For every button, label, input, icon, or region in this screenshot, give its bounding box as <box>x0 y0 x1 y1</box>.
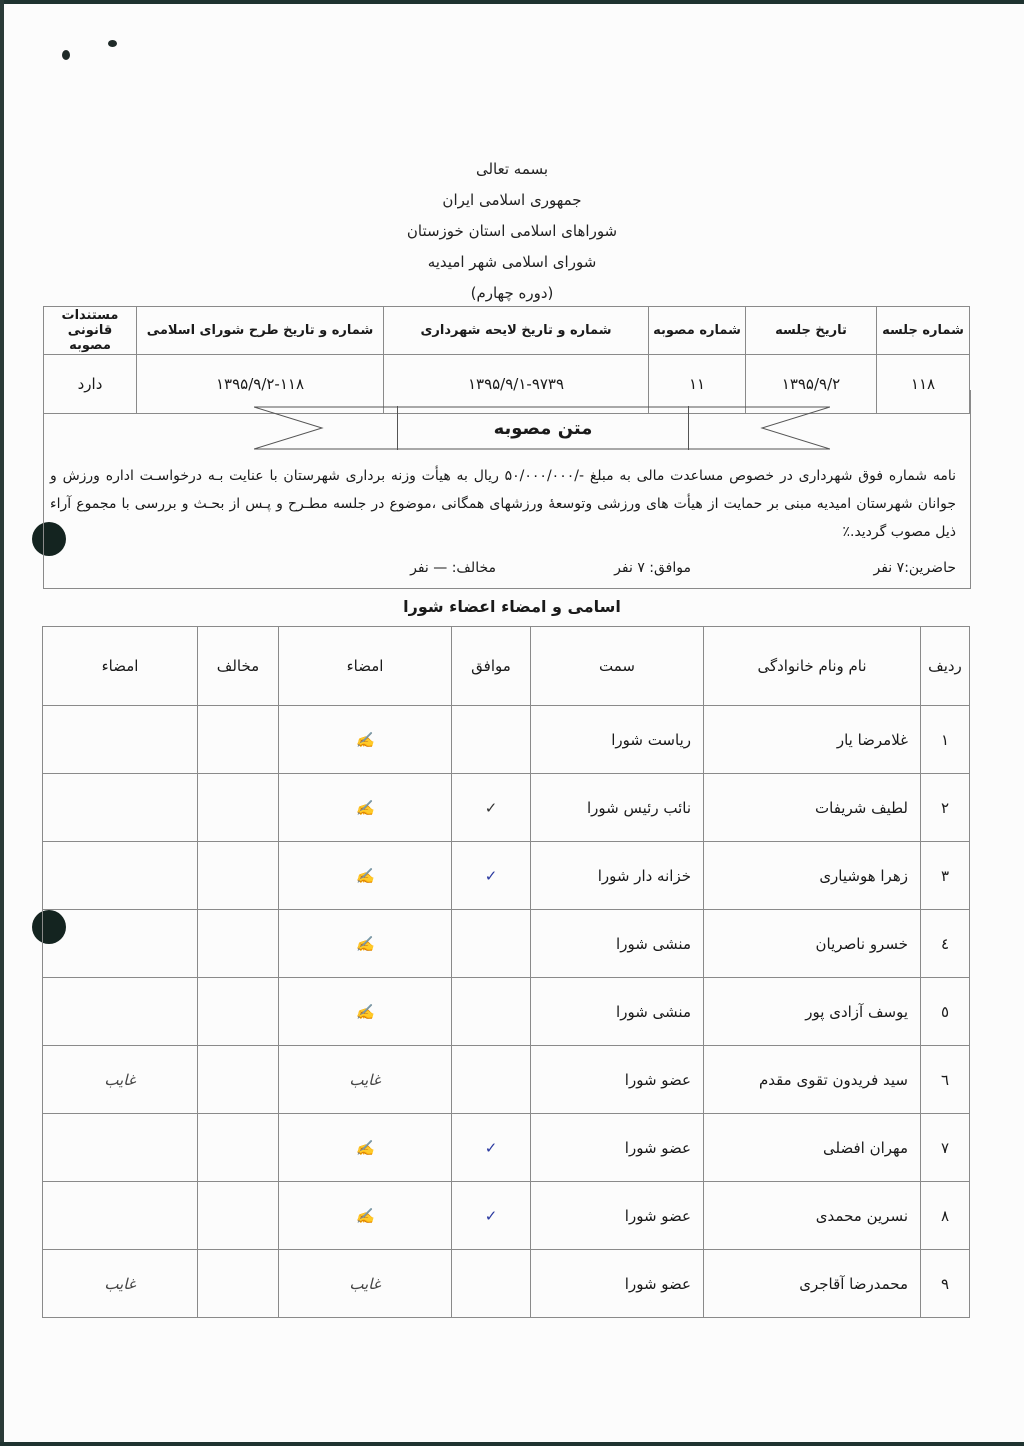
against-mark <box>198 706 279 774</box>
against-mark <box>198 1046 279 1114</box>
member-role: خزانه دار شورا <box>531 842 704 910</box>
city-council: شورای اسلامی شهر امیدیه <box>300 247 724 278</box>
header-role: سمت <box>531 627 704 706</box>
member-name: نسرین محمدی <box>704 1182 921 1250</box>
row-number: ٥ <box>921 978 970 1046</box>
in-favor-mark: ✓ <box>452 1182 531 1250</box>
signature: ✍ <box>279 910 452 978</box>
member-name: زهرا هوشیاری <box>704 842 921 910</box>
row-number: ۲ <box>921 774 970 842</box>
member-role: عضو شورا <box>531 1046 704 1114</box>
row-number: ٦ <box>921 1046 970 1114</box>
against-mark <box>198 1114 279 1182</box>
scanned-page: بسمه تعالی جمهوری اسلامی ایران شوراهای ا… <box>0 0 1024 1446</box>
signature: غایب <box>279 1046 452 1114</box>
resolution-text: نامه شماره فوق شهرداری در خصوص مساعدت ما… <box>50 462 956 546</box>
signature-2 <box>43 706 198 774</box>
signature-2 <box>43 1114 198 1182</box>
signature: ✍ <box>279 706 452 774</box>
signature-2 <box>43 978 198 1046</box>
member-role: منشی شورا <box>531 978 704 1046</box>
scan-edge <box>0 1442 1024 1446</box>
info-header-row: شماره جلسه تاریخ جلسه شماره مصوبه شماره … <box>44 307 970 355</box>
members-table: ردیف نام ونام خانوادگی سمت موافق امضاء م… <box>42 626 970 1318</box>
province-councils: شوراهای اسلامی استان خوزستان <box>300 216 724 247</box>
header-against: مخالف <box>198 627 279 706</box>
header-name: نام ونام خانوادگی <box>704 627 921 706</box>
header-session-date: تاریخ جلسه <box>746 307 877 355</box>
member-role: عضو شورا <box>531 1114 704 1182</box>
signature-2: غایب <box>43 1046 198 1114</box>
in-favor-mark <box>452 1250 531 1318</box>
row-number: ٤ <box>921 910 970 978</box>
member-role: منشی شورا <box>531 910 704 978</box>
term: (دوره چهارم) <box>300 278 724 309</box>
resolution-banner: متن مصوبه <box>254 406 830 450</box>
signature-2 <box>43 910 198 978</box>
in-favor-mark: ✓ <box>452 842 531 910</box>
in-favor-mark <box>452 978 531 1046</box>
table-row: ۳ زهرا هوشیاری خزانه دار شورا ✓ ✍ <box>43 842 970 910</box>
in-favor-count: موافق: ۷ نفر <box>614 560 691 576</box>
resolution-title: متن مصوبه <box>397 406 689 450</box>
in-favor-mark <box>452 910 531 978</box>
member-role: نائب رئیس شورا <box>531 774 704 842</box>
row-number: ۱ <box>921 706 970 774</box>
signature: ✍ <box>279 1114 452 1182</box>
in-favor-mark: ✓ <box>452 1114 531 1182</box>
signature: ✍ <box>279 842 452 910</box>
signature: ✍ <box>279 774 452 842</box>
header-session-number: شماره جلسه <box>877 307 970 355</box>
member-name: خسرو ناصریان <box>704 910 921 978</box>
member-name: محمدرضا آقاجری <box>704 1250 921 1318</box>
table-row: ۸ نسرین محمدی عضو شورا ✓ ✍ <box>43 1182 970 1250</box>
ink-speck <box>108 40 117 47</box>
member-role: عضو شورا <box>531 1182 704 1250</box>
against-mark <box>198 1182 279 1250</box>
row-number: ۹ <box>921 1250 970 1318</box>
against-mark <box>198 1250 279 1318</box>
signature-2 <box>43 1182 198 1250</box>
table-row: ٦ سید فریدون تقوی مقدم عضو شورا غایب غای… <box>43 1046 970 1114</box>
signature: ✍ <box>279 1182 452 1250</box>
header-resolution-number: شماره مصوبه <box>649 307 746 355</box>
signature-2: غایب <box>43 1250 198 1318</box>
letterhead: بسمه تعالی جمهوری اسلامی ایران شوراهای ا… <box>300 154 724 309</box>
signature-2 <box>43 774 198 842</box>
in-favor-mark <box>452 706 531 774</box>
table-row: ۱ غلامرضا یار ریاست شورا ✍ <box>43 706 970 774</box>
against-mark <box>198 978 279 1046</box>
signature: ✍ <box>279 978 452 1046</box>
scan-edge <box>0 0 1024 4</box>
member-name: غلامرضا یار <box>704 706 921 774</box>
member-role: عضو شورا <box>531 1250 704 1318</box>
header-row-number: ردیف <box>921 627 970 706</box>
table-row: ۷ مهران افضلی عضو شورا ✓ ✍ <box>43 1114 970 1182</box>
bismillah: بسمه تعالی <box>300 154 724 185</box>
header-signature: امضاء <box>279 627 452 706</box>
against-mark <box>198 842 279 910</box>
member-name: یوسف آزادی پور <box>704 978 921 1046</box>
signature-2 <box>43 842 198 910</box>
ink-speck <box>62 50 70 60</box>
member-name: مهران افضلی <box>704 1114 921 1182</box>
header-municipal-bill: شماره و تاریخ لایحه شهرداری <box>384 307 649 355</box>
scan-edge <box>0 0 4 1446</box>
member-name: سید فریدون تقوی مقدم <box>704 1046 921 1114</box>
table-row: ٥ یوسف آزادی پور منشی شورا ✍ <box>43 978 970 1046</box>
country-name: جمهوری اسلامی ایران <box>300 185 724 216</box>
header-signature-2: امضاء <box>43 627 198 706</box>
member-role: ریاست شورا <box>531 706 704 774</box>
table-row: ۲ لطیف شریفات نائب رئیس شورا ✓ ✍ <box>43 774 970 842</box>
resolution-box: متن مصوبه نامه شماره فوق شهرداری در خصوص… <box>43 390 971 589</box>
against-count: مخالف: — نفر <box>410 560 496 576</box>
member-name: لطیف شریفات <box>704 774 921 842</box>
members-header-row: ردیف نام ونام خانوادگی سمت موافق امضاء م… <box>43 627 970 706</box>
row-number: ۳ <box>921 842 970 910</box>
attendees-count: حاضرین:۷ نفر <box>874 560 957 576</box>
header-legal-basis: مستندات قانونی مصوبه <box>44 307 137 355</box>
members-title: اسامی و امضاء اعضاء شورا <box>300 597 724 616</box>
row-number: ۸ <box>921 1182 970 1250</box>
header-council-plan: شماره و تاریخ طرح شورای اسلامی <box>137 307 384 355</box>
against-mark <box>198 910 279 978</box>
against-mark <box>198 774 279 842</box>
vote-summary: حاضرین:۷ نفر موافق: ۷ نفر مخالف: — نفر <box>50 560 956 582</box>
table-row: ۹ محمدرضا آقاجری عضو شورا غایب غایب <box>43 1250 970 1318</box>
header-in-favor: موافق <box>452 627 531 706</box>
in-favor-mark <box>452 1046 531 1114</box>
signature: غایب <box>279 1250 452 1318</box>
row-number: ۷ <box>921 1114 970 1182</box>
table-row: ٤ خسرو ناصریان منشی شورا ✍ <box>43 910 970 978</box>
in-favor-mark: ✓ <box>452 774 531 842</box>
